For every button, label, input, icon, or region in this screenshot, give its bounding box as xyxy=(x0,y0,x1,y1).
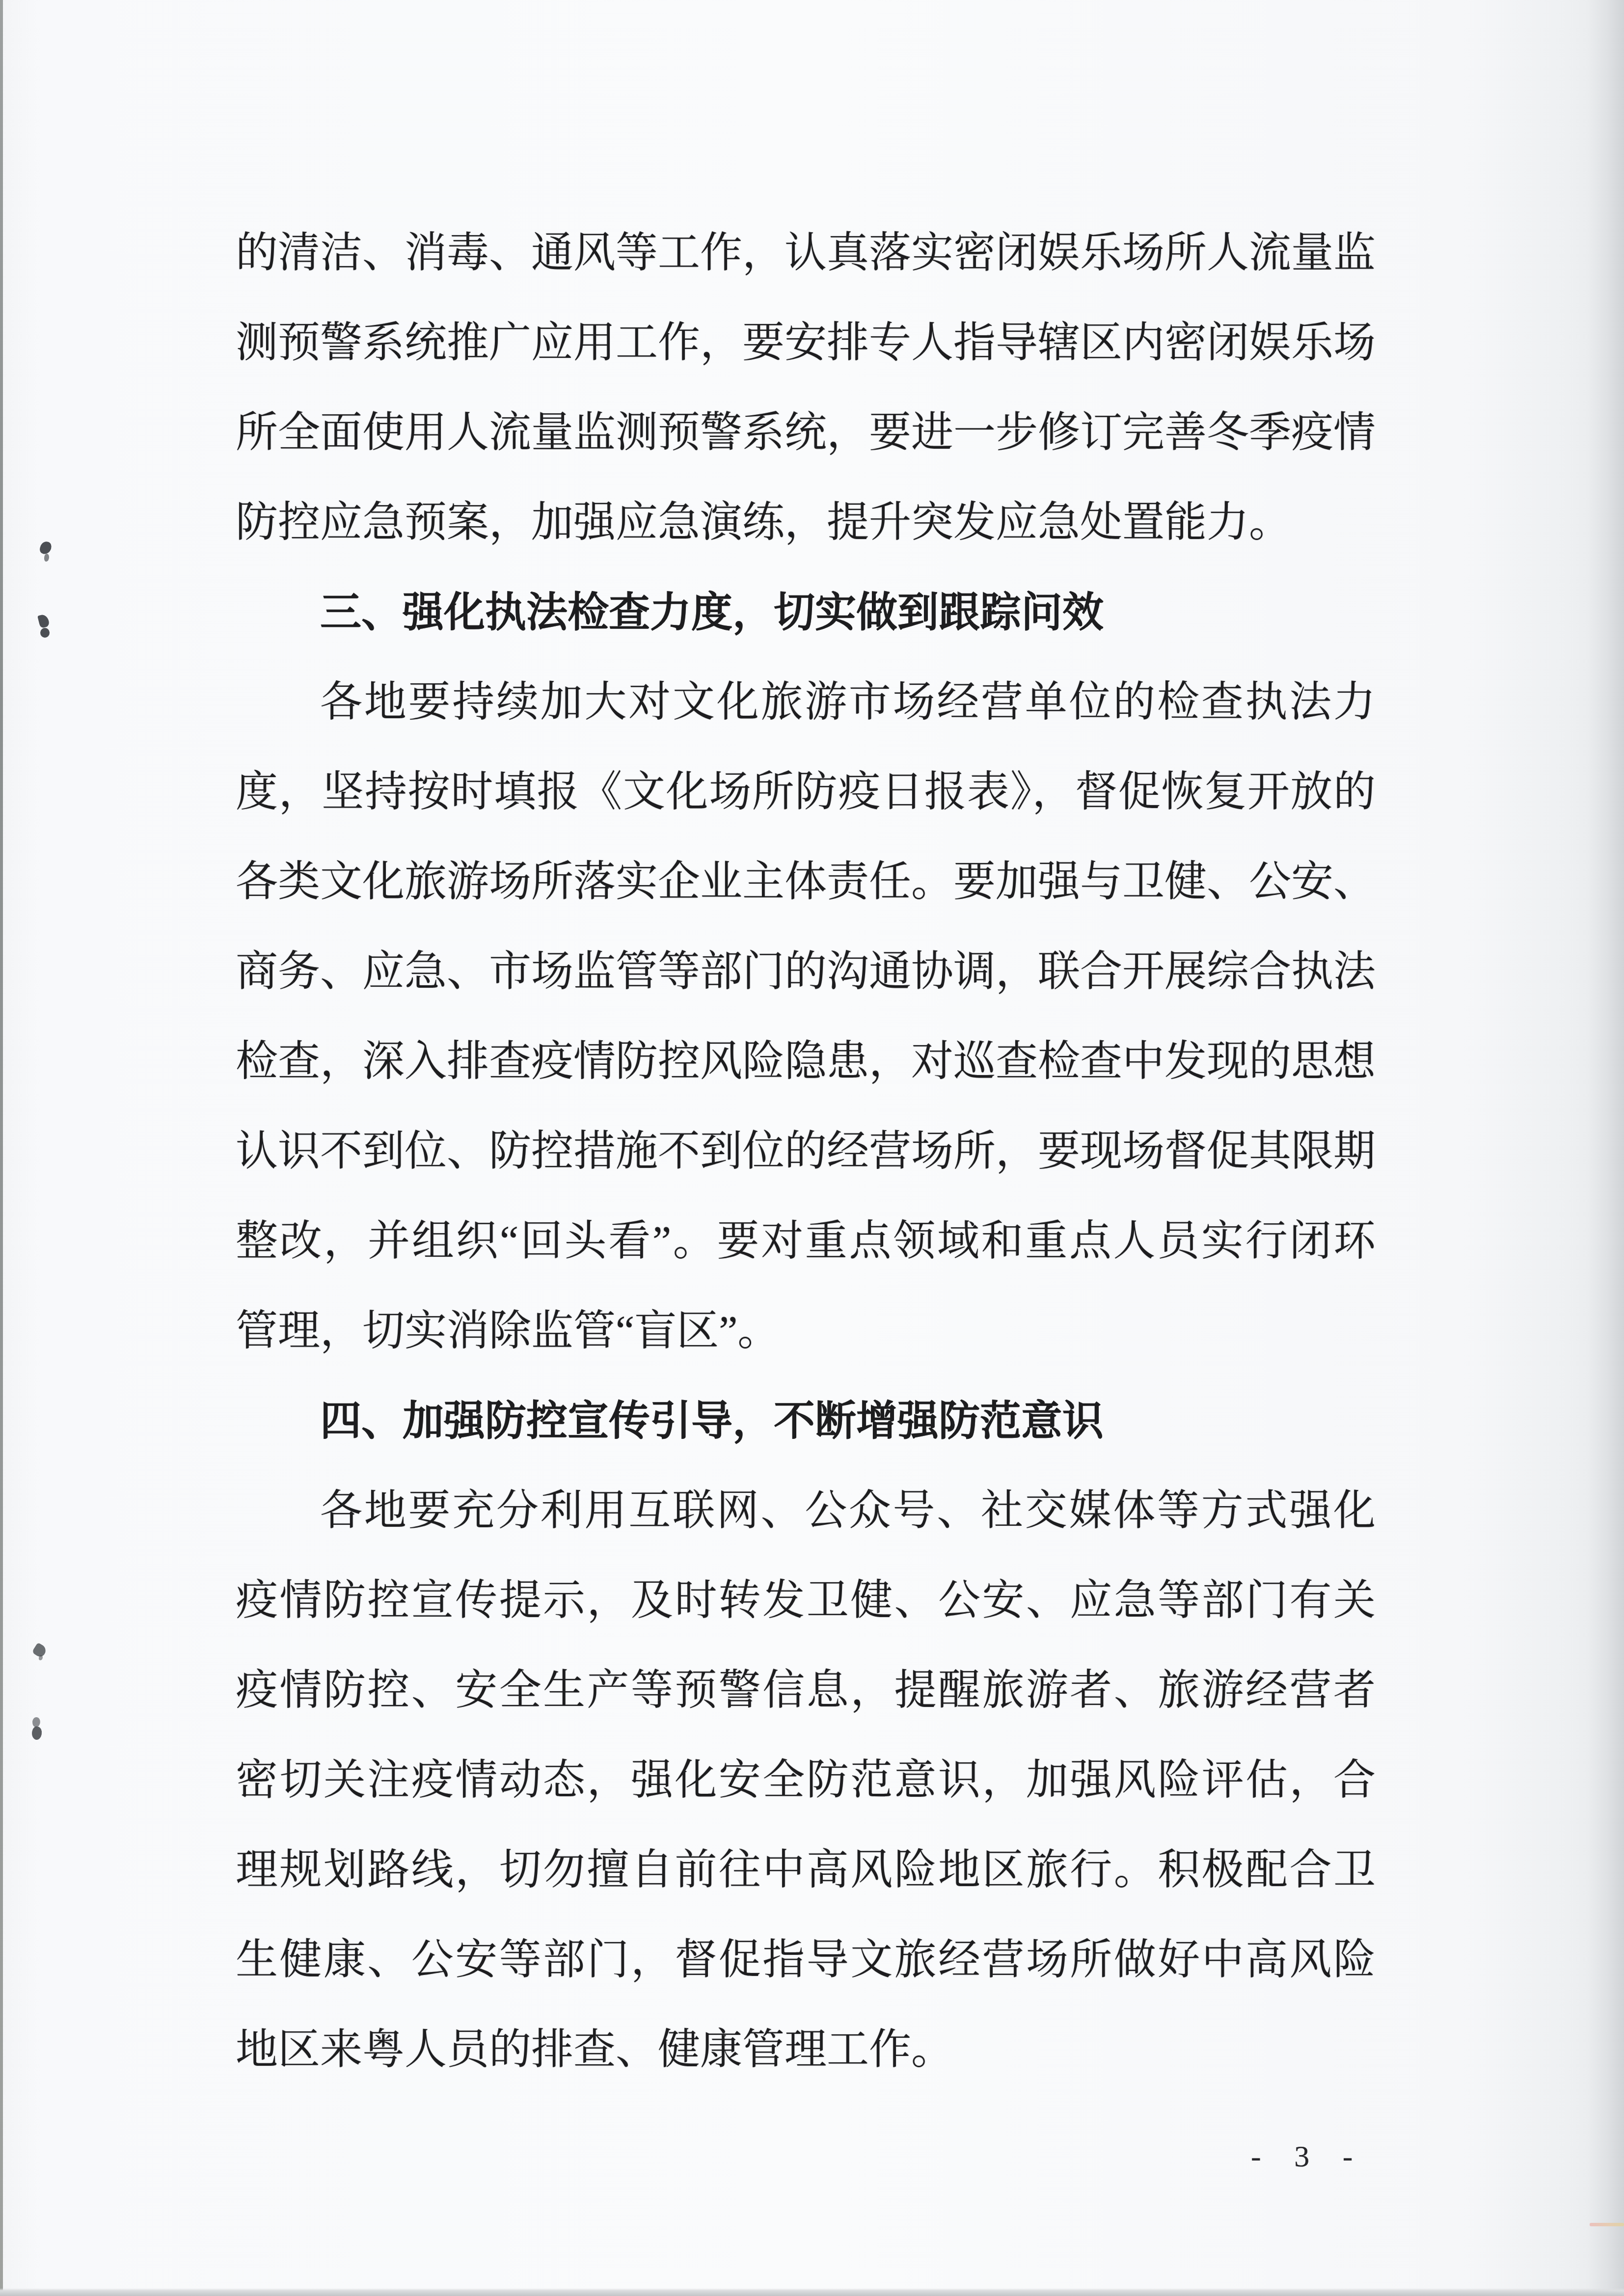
ink-smudge xyxy=(40,628,50,638)
text-line: 检查，深入排查疫情防控风险隐患，对巡查检查中发现的思想 xyxy=(236,1017,1376,1107)
text-line: 所全面使用人流量监测预警系统，要进一步修订完善冬季疫情 xyxy=(236,388,1376,478)
scan-bottom-edge xyxy=(0,2288,1624,2296)
text-line: 各类文化旅游场所落实企业主体责任。要加强与卫健、公安、 xyxy=(236,837,1376,927)
text-line: 密切关注疫情动态，强化安全防范意识，加强风险评估，合 xyxy=(236,1735,1376,1825)
text-line: 测预警系统推广应用工作，要安排专人指导辖区内密闭娱乐场 xyxy=(236,298,1376,388)
section-heading: 三、强化执法检查力度，切实做到跟踪问效 xyxy=(320,567,1376,657)
text-line: 商务、应急、市场监管等部门的沟通协调，联合开展综合执法 xyxy=(236,927,1376,1017)
text-line: 认识不到位、防控措施不到位的经营场所，要现场督促其限期 xyxy=(236,1107,1376,1196)
text-line: 各地要持续加大对文化旅游市场经营单位的检查执法力 xyxy=(320,657,1376,747)
document-text-block: 的清洁、消毒、通风等工作，认真落实密闭娱乐场所人流量监测预警系统推广应用工作，要… xyxy=(236,208,1376,2095)
text-line: 地区来粤人员的排查、健康管理工作。 xyxy=(236,2005,1376,2095)
ink-smudge xyxy=(44,554,49,562)
text-line: 生健康、公安等部门，督促指导文旅经营场所做好中高风险 xyxy=(236,1915,1376,2005)
ink-smudge xyxy=(39,1655,43,1660)
text-line: 疫情防控、安全生产等预警信息，提醒旅游者、旅游经营者 xyxy=(236,1646,1376,1735)
text-line: 度，坚持按时填报《文化场所防疫日报表》，督促恢复开放的 xyxy=(236,747,1376,837)
scan-left-edge xyxy=(0,0,3,2296)
ink-smudge xyxy=(37,614,50,628)
scan-color-streak xyxy=(1590,2223,1624,2226)
text-line: 疫情防控宣传提示，及时转发卫健、公安、应急等部门有关 xyxy=(236,1556,1376,1646)
page-number: - 3 - xyxy=(1251,2130,1365,2184)
ink-smudge xyxy=(39,540,53,556)
text-line: 各地要充分利用互联网、公众号、社交媒体等方式强化 xyxy=(320,1466,1376,1556)
text-line: 理规划路线，切勿擅自前往中高风险地区旅行。积极配合卫 xyxy=(236,1825,1376,1915)
text-line: 整改，并组织“回头看”。要对重点领域和重点人员实行闭环 xyxy=(236,1196,1376,1286)
document-page: 的清洁、消毒、通风等工作，认真落实密闭娱乐场所人流量监测预警系统推广应用工作，要… xyxy=(0,0,1624,2296)
text-line: 的清洁、消毒、通风等工作，认真落实密闭娱乐场所人流量监 xyxy=(236,208,1376,298)
section-heading: 四、加强防控宣传引导，不断增强防范意识 xyxy=(320,1376,1376,1466)
ink-smudge xyxy=(31,1726,43,1740)
scan-right-shade xyxy=(1587,0,1624,2296)
text-line: 防控应急预案，加强应急演练，提升突发应急处置能力。 xyxy=(236,478,1376,567)
text-line: 管理，切实消除监管“盲区”。 xyxy=(236,1286,1376,1376)
